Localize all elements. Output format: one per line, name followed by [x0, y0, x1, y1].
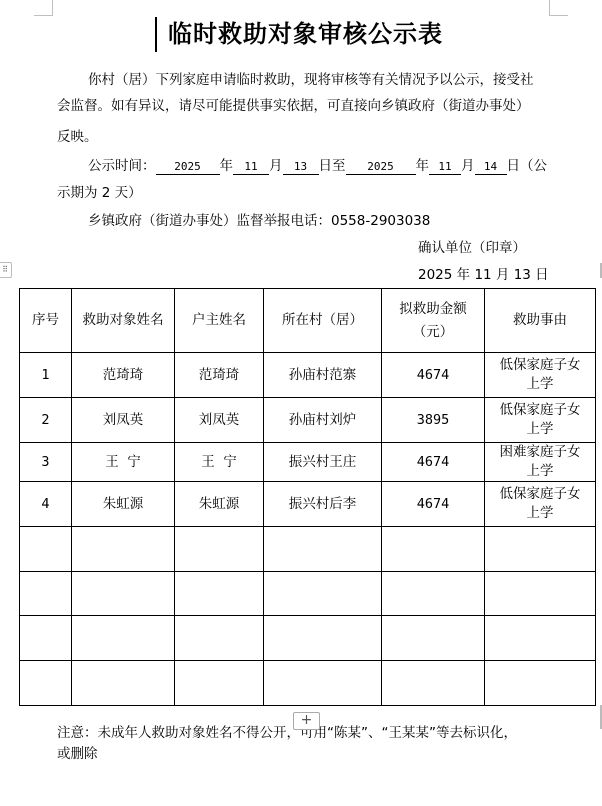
header-recipient: 救助对象姓名	[72, 289, 175, 353]
reason-line1: 困难家庭子女	[485, 443, 595, 462]
table-row-empty	[20, 572, 596, 616]
end-day-field[interactable]: 14	[475, 159, 507, 175]
cell-householder[interactable]: 刘凤英	[175, 398, 264, 443]
end-year-field[interactable]: 2025	[346, 159, 416, 175]
publicity-period-suffix: 示期为 2 天）	[57, 180, 142, 206]
add-row-button[interactable]: +	[293, 712, 320, 730]
cell-reason[interactable]: 低保家庭子女上学	[485, 398, 596, 443]
cell-village[interactable]: 孙庙村刘炉	[264, 398, 382, 443]
cell-village[interactable]: 振兴村王庄	[264, 443, 382, 482]
cell-amount[interactable]: 4674	[382, 353, 485, 398]
year-char: 年	[416, 158, 430, 174]
page-corner-mark-top-right	[549, 0, 568, 16]
reason-line2: 上学	[485, 504, 595, 523]
cell-recipient[interactable]: 朱虹源	[72, 482, 175, 527]
cell-no[interactable]: 3	[20, 443, 72, 482]
publicity-period-line: 公示时间：2025年11月13日至2025年11月14日（公	[88, 153, 547, 179]
cell-empty[interactable]	[175, 527, 264, 572]
recipient-table: 序号 救助对象姓名 户主姓名 所在村（居） 拟救助金额（元） 救助事由 1 范琦…	[19, 288, 596, 706]
cell-empty[interactable]	[175, 572, 264, 616]
day-to-char: 日至	[319, 158, 346, 174]
cell-empty[interactable]	[485, 572, 596, 616]
cell-empty[interactable]	[72, 527, 175, 572]
period-suffix-1: （公	[520, 158, 547, 174]
move-table-icon[interactable]: ⠿	[0, 262, 12, 278]
end-month-field[interactable]: 11	[429, 159, 461, 175]
header-householder: 户主姓名	[175, 289, 264, 353]
cell-householder[interactable]: 王 宁	[175, 443, 264, 482]
cell-empty[interactable]	[20, 616, 72, 661]
table-row: 4 朱虹源 朱虹源 振兴村后李 4674 低保家庭子女上学	[20, 482, 596, 527]
cell-empty[interactable]	[485, 616, 596, 661]
table-row-empty	[20, 527, 596, 572]
table-row: 1 范琦琦 范琦琦 孙庙村范寨 4674 低保家庭子女上学	[20, 353, 596, 398]
cell-empty[interactable]	[382, 572, 485, 616]
cell-empty[interactable]	[20, 572, 72, 616]
header-village: 所在村（居）	[264, 289, 382, 353]
intro-line-1: 你村（居）下列家庭申请临时救助，现将审核等有关情况予以公示，接受社	[88, 67, 534, 93]
cell-empty[interactable]	[20, 661, 72, 706]
cell-empty[interactable]	[175, 616, 264, 661]
header-reason: 救助事由	[485, 289, 596, 353]
header-amount-line2: （元）	[382, 323, 484, 342]
cell-empty[interactable]	[72, 661, 175, 706]
cell-recipient[interactable]: 范琦琦	[72, 353, 175, 398]
confirm-unit-label: 确认单位（印章）	[418, 235, 526, 261]
footnote-line-2: 或删除	[57, 744, 577, 765]
cell-no[interactable]: 4	[20, 482, 72, 527]
intro-line-3: 反映。	[57, 124, 98, 150]
start-month-field[interactable]: 11	[233, 159, 269, 175]
document-title: 临时救助对象审核公示表	[168, 17, 443, 51]
cell-village[interactable]: 孙庙村范寨	[264, 353, 382, 398]
cell-reason[interactable]: 困难家庭子女上学	[485, 443, 596, 482]
month-char: 月	[461, 158, 475, 174]
cell-village[interactable]: 振兴村后李	[264, 482, 382, 527]
cell-no[interactable]: 1	[20, 353, 72, 398]
table-row: 2 刘凤英 刘凤英 孙庙村刘炉 3895 低保家庭子女上学	[20, 398, 596, 443]
hotline-text: 乡镇政府（街道办事处）监督举报电话：0558-2903038	[88, 208, 430, 234]
page-corner-mark-top-left	[34, 0, 53, 16]
reason-line2: 上学	[485, 375, 595, 394]
cell-no[interactable]: 2	[20, 398, 72, 443]
header-amount-line1: 拟救助金额	[382, 300, 484, 319]
year-char: 年	[220, 158, 234, 174]
cell-empty[interactable]	[382, 616, 485, 661]
cell-empty[interactable]	[20, 527, 72, 572]
cell-empty[interactable]	[264, 572, 382, 616]
publicity-label: 公示时间：	[88, 158, 156, 174]
cell-empty[interactable]	[264, 527, 382, 572]
confirm-date: 2025 年 11 月 13 日	[418, 262, 549, 288]
table-row-empty	[20, 616, 596, 661]
day-char: 日	[507, 158, 521, 174]
cell-reason[interactable]: 低保家庭子女上学	[485, 482, 596, 527]
start-year-field[interactable]: 2025	[156, 159, 220, 175]
table-row-empty	[20, 661, 596, 706]
reason-line1: 低保家庭子女	[485, 401, 595, 420]
cell-empty[interactable]	[175, 661, 264, 706]
reason-line2: 上学	[485, 420, 595, 439]
text-cursor	[155, 17, 157, 52]
reason-line1: 低保家庭子女	[485, 356, 595, 375]
cell-amount[interactable]: 3895	[382, 398, 485, 443]
cell-empty[interactable]	[485, 527, 596, 572]
cell-empty[interactable]	[382, 661, 485, 706]
cell-householder[interactable]: 范琦琦	[175, 353, 264, 398]
reason-line2: 上学	[485, 462, 595, 481]
cell-empty[interactable]	[72, 616, 175, 661]
cell-amount[interactable]: 4674	[382, 482, 485, 527]
start-day-field[interactable]: 13	[283, 159, 319, 175]
month-char: 月	[269, 158, 283, 174]
cell-householder[interactable]: 朱虹源	[175, 482, 264, 527]
cell-recipient[interactable]: 王 宁	[72, 443, 175, 482]
cell-empty[interactable]	[264, 661, 382, 706]
cell-recipient[interactable]: 刘凤英	[72, 398, 175, 443]
header-no: 序号	[20, 289, 72, 353]
table-header-row: 序号 救助对象姓名 户主姓名 所在村（居） 拟救助金额（元） 救助事由	[20, 289, 596, 353]
cell-empty[interactable]	[382, 527, 485, 572]
intro-line-2: 会监督。如有异议，请尽可能提供事实依据，可直接向乡镇政府（街道办事处）	[57, 93, 530, 119]
reason-line1: 低保家庭子女	[485, 485, 595, 504]
table-row: 3 王 宁 王 宁 振兴村王庄 4674 困难家庭子女上学	[20, 443, 596, 482]
cell-empty[interactable]	[264, 616, 382, 661]
cell-amount[interactable]: 4674	[382, 443, 485, 482]
header-amount: 拟救助金额（元）	[382, 289, 485, 353]
cell-reason[interactable]: 低保家庭子女上学	[485, 353, 596, 398]
cell-empty[interactable]	[72, 572, 175, 616]
cell-empty[interactable]	[485, 661, 596, 706]
